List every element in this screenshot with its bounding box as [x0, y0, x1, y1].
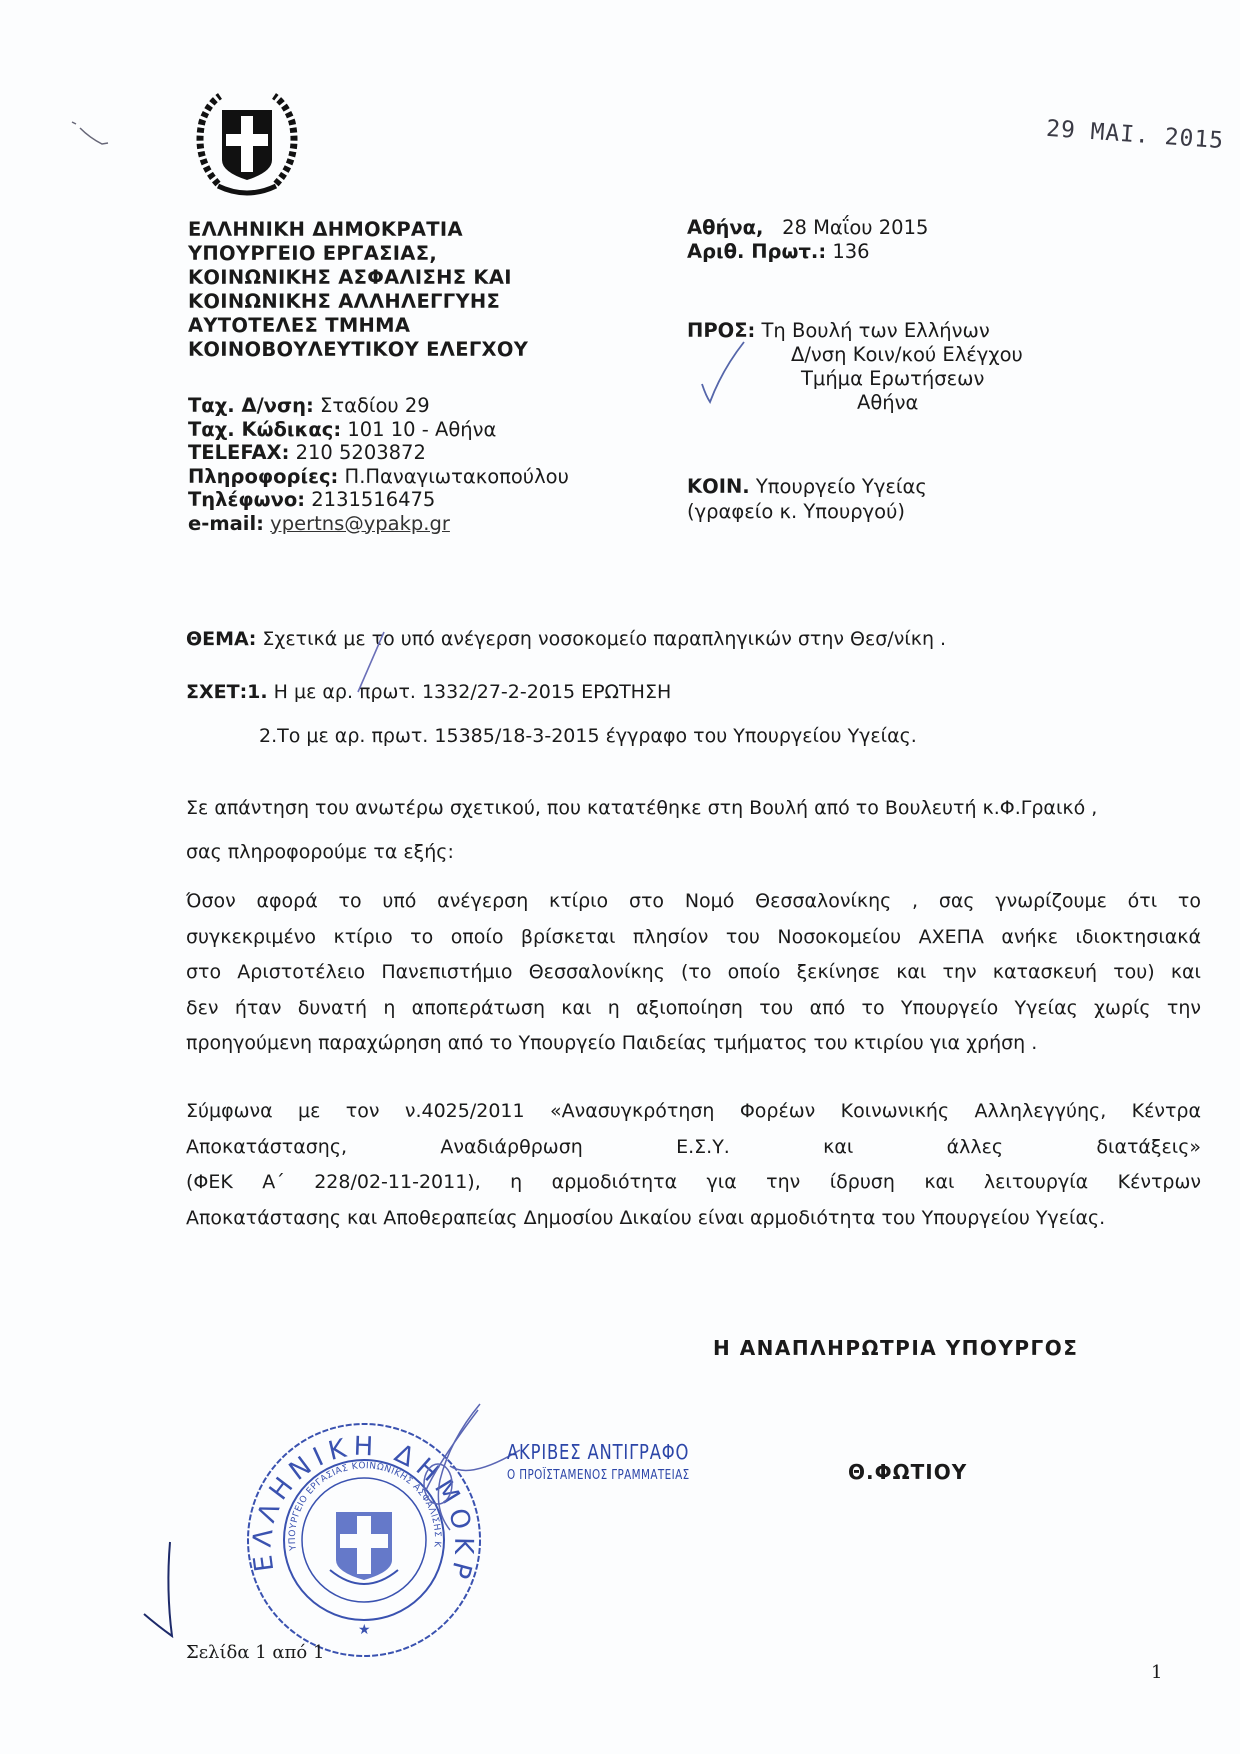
date-protocol-block: Αθήνα, 28 Μαΐου 2015 Αριθ. Πρωτ.: 136: [687, 216, 928, 264]
body-paragraph-1: Όσον αφορά το υπό ανέγερση κτίριο στο Νο…: [186, 884, 1201, 1062]
svg-text:★: ★: [358, 1622, 371, 1638]
org-line: ΑΥΤΟΤΕΛΕΣ ΤΜΗΜΑ: [188, 314, 528, 338]
issuing-authority: ΕΛΛΗΝΙΚΗ ΔΗΜΟΚΡΑΤΙΑ ΥΠΟΥΡΓΕΙΟ ΕΡΓΑΣΙΑΣ, …: [188, 218, 528, 362]
org-line: ΥΠΟΥΡΓΕΙΟ ΕΡΓΑΣΙΑΣ,: [188, 242, 528, 266]
subject-line: ΘΕΜΑ: Σχετικά με το υπό ανέγερση νοσοκομ…: [186, 628, 946, 650]
certification-stamp: ΑΚΡΙΒΕΣ ΑΝΤΙΓΡΑΦΟ Ο ΠΡΟΪΣΤΑΜΕΝΟΣ ΓΡΑΜΜΑΤ…: [507, 1440, 735, 1483]
org-line: ΚΟΙΝΟΒΟΥΛΕΥΤΙΚΟΥ ΕΛΕΓΧΟΥ: [188, 338, 528, 362]
intro-paragraph: Σε απάντηση του ανωτέρω σχετικού, που κα…: [186, 786, 1201, 874]
page-number: 1: [1151, 1662, 1162, 1683]
handwritten-signature: [330, 1400, 530, 1550]
recipient-label: ΠΡΟΣ:: [687, 319, 755, 342]
handwritten-check-icon: [140, 1540, 180, 1640]
cc-block: ΚΟΙΝ. Υπουργείο Υγείας (γραφείο κ. Υπουρ…: [687, 474, 927, 524]
handwritten-check-icon: [700, 340, 746, 404]
protocol-line: Αριθ. Πρωτ.: 136: [687, 240, 928, 264]
email-row: e-mail: ypertns@ypakp.gr: [188, 512, 569, 536]
subject-label: ΘΕΜΑ:: [186, 628, 256, 650]
contact-block: Ταχ. Δ/νση: Σταδίου 29 Ταχ. Κώδικας: 101…: [188, 394, 569, 535]
signatory-name: Θ.ΦΩΤΙΟΥ: [848, 1460, 967, 1484]
scan-mark: [70, 118, 120, 148]
page-footer: Σελίδα 1 από 1: [186, 1642, 324, 1663]
info-row: Πληροφορίες: Π.Παναγιωτακοπούλου: [188, 465, 569, 489]
phone-row: Τηλέφωνο: 2131516475: [188, 488, 569, 512]
cc-label: ΚΟΙΝ.: [687, 475, 750, 498]
signatory-title: Η ΑΝΑΠΛΗΡΩΤΡΙΑ ΥΠΟΥΡΓΟΣ: [713, 1336, 1078, 1360]
body-paragraph-2: Σύμφωνα με τον ν.4025/2011 «Ανασυγκρότησ…: [186, 1094, 1201, 1236]
coat-of-arms-icon: [188, 88, 306, 200]
received-date-stamp: 29 MAI. 2015: [1045, 116, 1225, 154]
telefax-row: TELEFAX: 210 5203872: [188, 441, 569, 465]
references: ΣΧΕΤ:1. Η με αρ. πρωτ. 1332/27-2-2015 ΕΡ…: [186, 670, 917, 758]
pen-mark: [348, 630, 388, 710]
references-label: ΣΧΕΤ:1.: [186, 681, 268, 703]
address-row: Ταχ. Δ/νση: Σταδίου 29: [188, 394, 569, 418]
org-line: ΕΛΛΗΝΙΚΗ ΔΗΜΟΚΡΑΤΙΑ: [188, 218, 528, 242]
email-link[interactable]: ypertns@ypakp.gr: [270, 512, 450, 535]
org-line: ΚΟΙΝΩΝΙΚΗΣ ΑΛΛΗΛΕΓΓΥΗΣ: [188, 290, 528, 314]
org-line: ΚΟΙΝΩΝΙΚΗΣ ΑΣΦΑΛΙΣΗΣ ΚΑΙ: [188, 266, 528, 290]
postcode-row: Ταχ. Κώδικας: 101 10 - Αθήνα: [188, 418, 569, 442]
date-line: Αθήνα, 28 Μαΐου 2015: [687, 216, 928, 240]
